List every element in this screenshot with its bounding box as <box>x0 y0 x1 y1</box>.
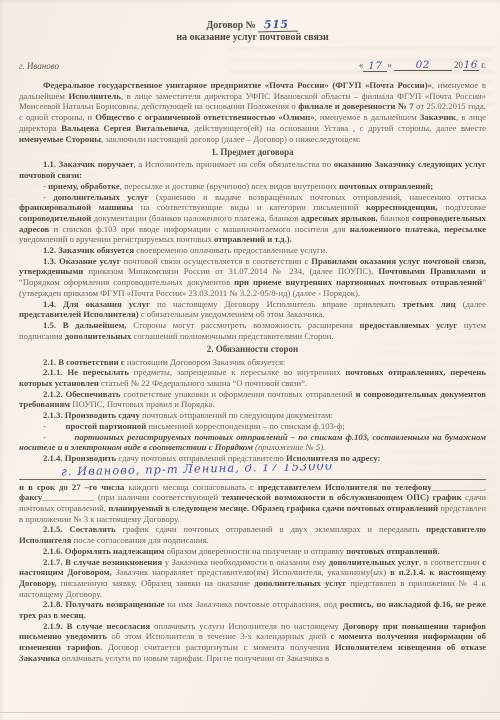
clause-2-1-7: 2.1.7. В случае возникновения у Заказчик… <box>19 557 486 600</box>
clause-1-3: 1.3. Оказание услуг почтовой связи осуще… <box>19 256 486 299</box>
scan-edge-artifact <box>0 0 500 4</box>
date-year-suffix: г. <box>479 60 486 70</box>
place-label: г. Иваново <box>19 61 59 71</box>
scan-edge-artifact <box>0 0 4 720</box>
date-field: «17»022016 г. <box>359 60 486 71</box>
clause-1-2: 1.2. Заказчик обязуется своевременно опл… <box>19 245 486 256</box>
contract-number-handwritten: 515 <box>258 19 299 33</box>
address-handwritten-line: г. Иваново, пр-т Ленина, д. 17 153000 <box>19 464 486 480</box>
document-subtitle: на оказание услуг почтовой связи <box>19 32 486 44</box>
clause-1-1-item-1: - приему, обработке, пересылке и доставк… <box>19 181 486 192</box>
date-day-handwritten: 17 <box>363 62 387 72</box>
clause-2-1-1: 2.1.1. Не пересылать предметы, запрещенн… <box>19 367 486 388</box>
clause-2-1-8: 2.1.8. Получать возвращенные на имя Зака… <box>19 599 486 620</box>
scanned-contract-page: Договор № 515 на оказание услуг почтовой… <box>0 0 500 720</box>
quote-close: » <box>387 60 392 70</box>
preamble: Федеральное государственное унитарное пр… <box>19 80 486 144</box>
document-body: Федеральное государственное унитарное пр… <box>19 80 486 664</box>
clause-2-1-2: 2.1.2. Обеспечивать соответствие упаковк… <box>19 389 486 410</box>
document-content: Договор № 515 на оказание услуг почтовой… <box>19 13 486 664</box>
clause-2-1-6: 2.1.6. Оформлять надлежащим образом дове… <box>19 546 486 557</box>
clause-1-1: 1.1. Заказчик поручает, а Исполнитель пр… <box>19 159 486 180</box>
title-text: Договор № <box>206 20 258 31</box>
clause-2-1-5: 2.1.5. Составлять график сдачи почтовых … <box>19 524 486 545</box>
section-2-heading: 2. Обязанности сторон <box>19 344 486 355</box>
clause-2-1-4-continued: и в срок до 27 –го числа каждого месяца … <box>19 482 486 525</box>
clause-2-1: 2.1. В соответствии с настоящим Договоро… <box>19 357 486 368</box>
date-month-handwritten: 02 <box>394 61 452 71</box>
date-year-handwritten: 16 <box>463 61 479 71</box>
clause-1-5: 1.5. В дальнейшем, Стороны могут рассмот… <box>19 320 486 341</box>
clause-1-1-item-2: - дополнительных услуг (хранению и выдач… <box>19 192 486 246</box>
document-title: Договор № 515 <box>19 19 486 32</box>
clause-1-4: 1.4. Для оказания услуг по настоящему До… <box>19 299 486 320</box>
clause-2-1-3-item-2: - партионных регистрируемых почтовых отп… <box>19 432 486 453</box>
clause-2-1-4-lead: 2.1.4. Производить сдачу почтовых отправ… <box>19 453 486 464</box>
section-1-heading: 1. Предмет договора <box>19 147 486 158</box>
clause-2-1-9: 2.1.9. В случае несогласия оплачивать ус… <box>19 621 486 664</box>
date-century: 20 <box>454 60 463 70</box>
clause-2-1-3: 2.1.3. Производить сдачу почтовых отправ… <box>19 410 486 421</box>
scan-edge-artifact <box>0 712 500 714</box>
place-date-line: г. Иваново «17»022016 г. <box>19 60 486 71</box>
clause-2-1-3-item-1: - простой партионной письменной корреспо… <box>19 421 486 432</box>
